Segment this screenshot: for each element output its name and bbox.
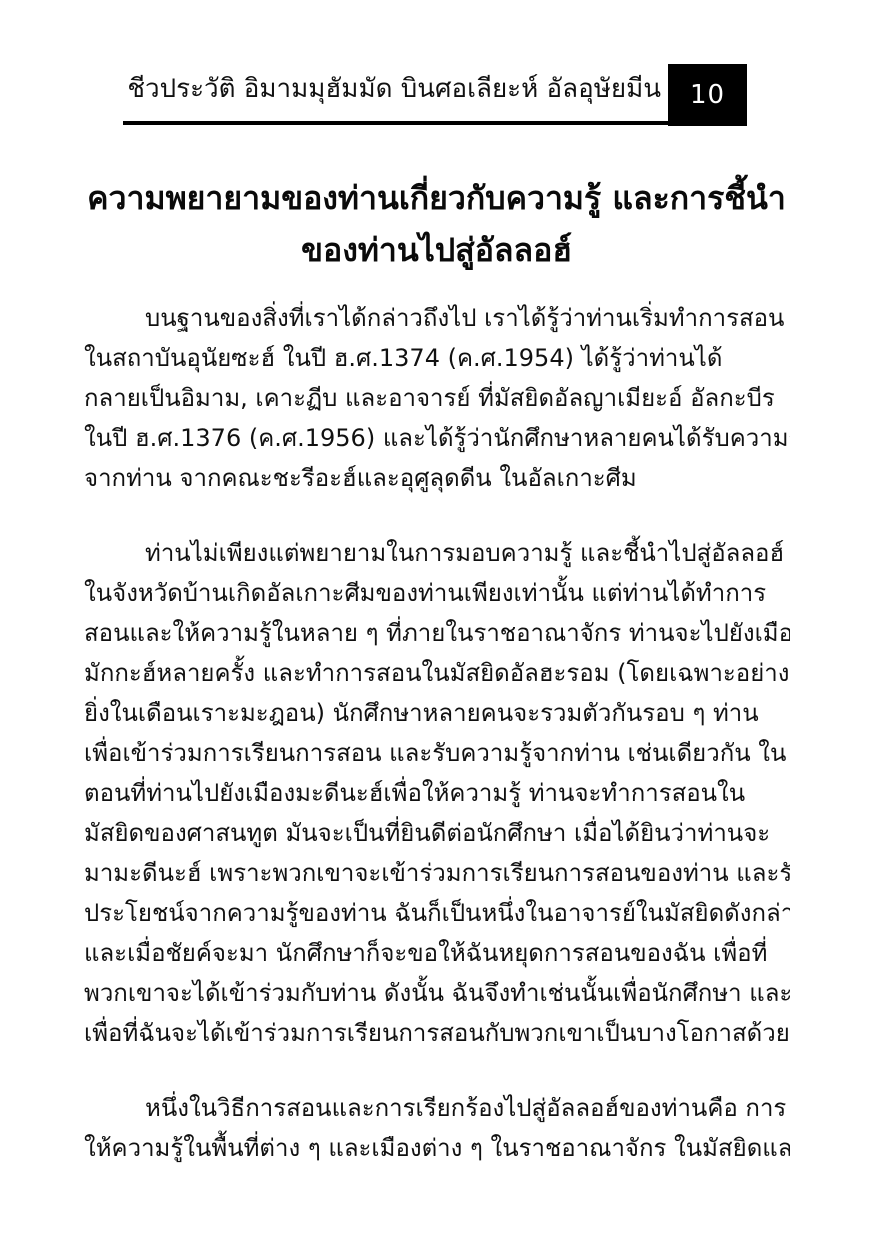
body-line: ตอนที่ท่านไปยังเมืองมะดีนะฮ์เพื่อให้ความ… bbox=[84, 773, 790, 813]
body-line: บนฐานของสิ่งที่เราได้กล่าวถึงไป เราได้รู… bbox=[84, 298, 790, 338]
body-line: มามะดีนะฮ์ เพราะพวกเขาจะเข้าร่วมการเรียน… bbox=[84, 853, 790, 893]
body-line: ยิ่งในเดือนเราะมะฎอน) นักศึกษาหลายคนจะรว… bbox=[84, 693, 790, 733]
body-line: มัสยิดของศาสนทูต มันจะเป็นที่ยินดีต่อนัก… bbox=[84, 813, 790, 853]
body-line: หนึ่งในวิธีการสอนและการเรียกร้องไปสู่อัล… bbox=[84, 1088, 790, 1128]
section-title: ความพยายามของท่านเกี่ยวกับความรู้ และการ… bbox=[40, 172, 833, 276]
paragraph: หนึ่งในวิธีการสอนและการเรียกร้องไปสู่อัล… bbox=[84, 1088, 790, 1168]
body-text: บนฐานของสิ่งที่เราได้กล่าวถึงไป เราได้รู… bbox=[84, 298, 790, 1203]
book-page: ชีวประวัติ อิมามมุฮัมมัด บินศอเลียะห์ อั… bbox=[0, 0, 873, 1240]
body-line: ให้ความรู้ในพื้นที่ต่าง ๆ และเมืองต่าง ๆ… bbox=[84, 1128, 790, 1168]
body-line: สอนและให้ความรู้ในหลาย ๆ ที่ภายในราชอาณา… bbox=[84, 613, 790, 653]
page-number-box: 10 bbox=[668, 64, 747, 126]
body-line: ในสถาบันอุนัยซะฮ์ ในปี ฮ.ศ.1374 (ค.ศ.195… bbox=[84, 338, 790, 378]
paragraph: ท่านไม่เพียงแต่พยายามในการมอบความรู้ และ… bbox=[84, 533, 790, 1053]
body-line: ท่านไม่เพียงแต่พยายามในการมอบความรู้ และ… bbox=[84, 533, 790, 573]
body-line: ในจังหวัดบ้านเกิดอัลเกาะศีมของท่านเพียงเ… bbox=[84, 573, 790, 613]
section-title-line-2: ของท่านไปสู่อัลลอฮ์ bbox=[40, 224, 833, 276]
paragraph: บนฐานของสิ่งที่เราได้กล่าวถึงไป เราได้รู… bbox=[84, 298, 790, 498]
section-title-line-1: ความพยายามของท่านเกี่ยวกับความรู้ และการ… bbox=[40, 172, 833, 224]
body-line: จากท่าน จากคณะชะรีอะฮ์และอุศูลุดดีน ในอั… bbox=[84, 458, 790, 498]
header-rule bbox=[123, 121, 747, 125]
body-line: เพื่อที่ฉันจะได้เข้าร่วมการเรียนการสอนกั… bbox=[84, 1013, 790, 1053]
body-line: กลายเป็นอิมาม, เคาะฏีบ และอาจารย์ ที่มัส… bbox=[84, 378, 790, 418]
running-header-title: ชีวประวัติ อิมามมุฮัมมัด บินศอเลียะห์ อั… bbox=[127, 72, 661, 106]
body-line: ในปี ฮ.ศ.1376 (ค.ศ.1956) และได้รู้ว่านัก… bbox=[84, 418, 790, 458]
body-line: ประโยชน์จากความรู้ของท่าน ฉันก็เป็นหนึ่ง… bbox=[84, 893, 790, 933]
body-line: เพื่อเข้าร่วมการเรียนการสอน และรับความรู… bbox=[84, 733, 790, 773]
body-line: มักกะฮ์หลายครั้ง และทำการสอนในมัสยิดอัลฮ… bbox=[84, 653, 790, 693]
page-number: 10 bbox=[690, 80, 725, 110]
body-line: พวกเขาจะได้เข้าร่วมกับท่าน ดังนั้น ฉันจึ… bbox=[84, 973, 790, 1013]
body-line: และเมื่อชัยค์จะมา นักศึกษาก็จะขอให้ฉันหย… bbox=[84, 933, 790, 973]
